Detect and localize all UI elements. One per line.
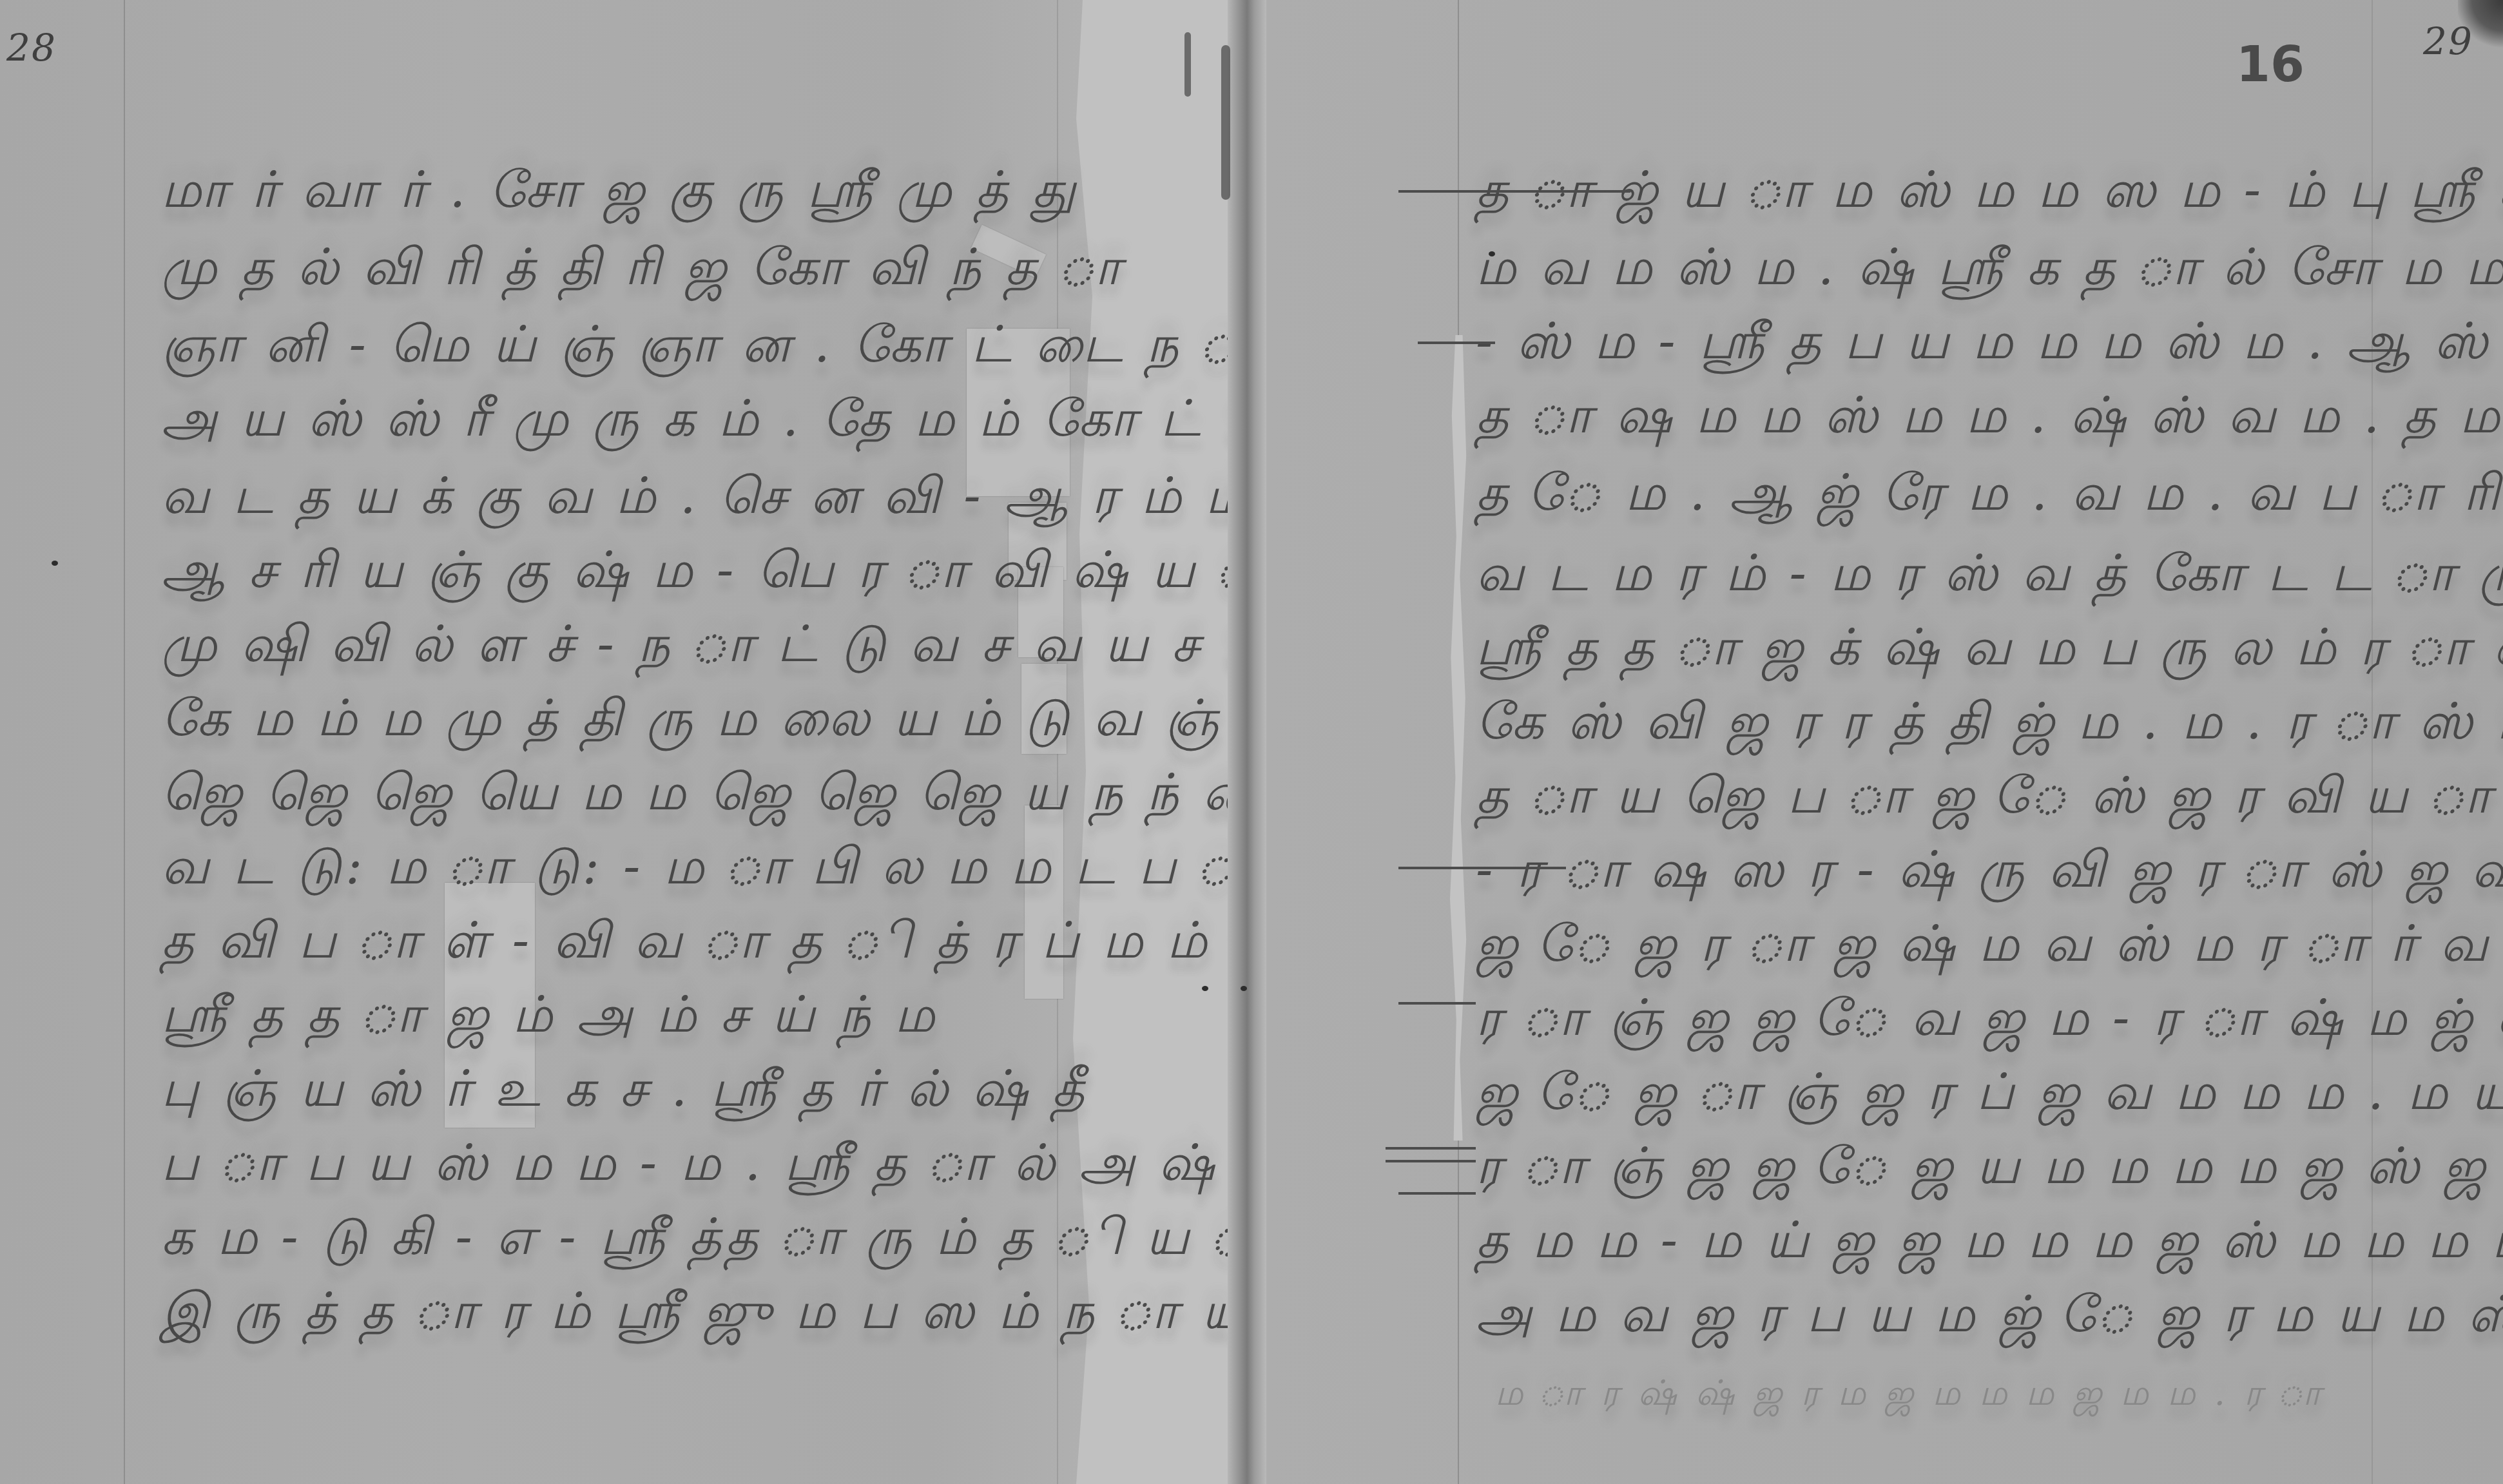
manuscript-line: த ா ய ஜெ ப ா ஜ ே ஸ் ஜ ர வி ய ா வெ ா த த் bbox=[1476, 767, 2503, 831]
margin-stroke bbox=[1398, 190, 1630, 193]
left-page-margin-rule bbox=[124, 0, 125, 1484]
gutter-tear bbox=[1221, 45, 1230, 200]
margin-stroke bbox=[1386, 1147, 1476, 1150]
binding-gutter bbox=[1228, 0, 1266, 1484]
manuscript-line: வ ட த ய க் கு வ ம் . செ ன வி - ஆ ர ம் ம் bbox=[161, 467, 1250, 532]
manuscript-line: இ ரு த் த ா ர ம் ஸ்ரீ ஜு ம ப ஸ ம் ந ா ய … bbox=[161, 1282, 1370, 1347]
page-number-right: 29 bbox=[2423, 19, 2473, 63]
manuscript-spread: 28 மா ர் வா ர் . சோ ஜ கு ரு ஸ்ரீ மு த் த… bbox=[0, 0, 2503, 1484]
manuscript-line: த ா ஜ் ய ா ம ஸ் ம ம ஸ ம - ம் பு ஸ்ரீ க த… bbox=[1476, 161, 2503, 226]
manuscript-line: ஜெ ஜெ ஜெ யெ ம ம ஜெ ஜெ ஜெ ய ந ந் கேை bbox=[161, 764, 1322, 828]
ink-speck bbox=[52, 561, 58, 566]
manuscript-line: - ர ா ஷ ஸ ர - ஷ் ரு வி ஜ ர ா ஸ் ஜ வ ம ய … bbox=[1476, 841, 2503, 905]
margin-stroke bbox=[1398, 1192, 1476, 1195]
manuscript-line: வ ட டு: ம ா டு: - ம ா பி ல ம ம ட ப ா வி bbox=[161, 838, 1344, 902]
manuscript-line: ஆ ச ரி ய ஞ் கு ஷ் ம - பெ ர ா வி ஷ் ய ா ர bbox=[161, 541, 1332, 606]
manuscript-line: ஜ ே ஜ ர ா ஜ ஷ் ம வ ஸ் ம ர ா ர் வ ம - த் … bbox=[1476, 915, 2503, 979]
ink-speck bbox=[1241, 986, 1247, 991]
ink-speck bbox=[1202, 986, 1208, 991]
manuscript-line: ஸ்ரீ த த ா ஜ க் ஷ் வ ம ப ரு ல ம் ர ா ஸ் … bbox=[1476, 619, 2503, 683]
ink-speck bbox=[1489, 251, 1495, 256]
manuscript-line: கே ம ம் ம மு த் தி ரு ம லை ய ம் டு வ ஞ் … bbox=[161, 689, 1302, 754]
manuscript-line: ம வ ம ஸ் ம . ஷ் ஸ்ரீ க த ா ல் சோ ம ம வ ம bbox=[1476, 238, 2503, 303]
manuscript-line: அ ம வ ஜ ர ப ய ம ஜ் ே ஜ ர ம ய ம ஸ் ம ம ம … bbox=[1476, 1286, 2503, 1350]
manuscript-line: த ா ஷ ம ம ஸ் ம ம . ஷ் ஸ் வ ம . த ம ஸ் ஜெ… bbox=[1476, 387, 2503, 451]
margin-stroke bbox=[1386, 1160, 1476, 1162]
margin-stroke bbox=[1398, 867, 1566, 869]
manuscript-line: ஸ்ரீ த த ா ஜ ம் அ ம் ச ய் ந் ம bbox=[161, 986, 939, 1050]
gutter-tear bbox=[1184, 32, 1191, 97]
page-number-left: 28 bbox=[6, 26, 57, 70]
manuscript-line: க ம - டு கி - எ - ஸ்ரீ த்த ா ரு ம் த ி ய… bbox=[161, 1208, 1352, 1273]
manuscript-line: ப ா ப ய ஸ் ம ம - ம . ஸ்ரீ த ா ல் அ ஷ் ம … bbox=[161, 1134, 1389, 1199]
margin-stroke bbox=[1418, 342, 1495, 344]
margin-stroke bbox=[1398, 1002, 1476, 1005]
manuscript-line: மு ஷி வி ல் ள ச் - ந ா ட் டு வ ச வ ய ச வ… bbox=[161, 615, 1356, 680]
folio-mark: 16 bbox=[2236, 35, 2305, 93]
manuscript-line: த ம ம - ம ய் ஜ ஜ ம ம ம ஜ ஸ் ம ம ம ம ர ா bbox=[1476, 1211, 2503, 1276]
manuscript-line: கே ஸ் வி ஜ ர ர த் தி ஜ் ம . ம . ர ா ஸ் ம… bbox=[1476, 693, 2503, 757]
manuscript-line: ர ா ஞ் ஜ ஜ ே வ ஜ ம - ர ா ஷ் ம ஜ் ஸ் வ ஜ … bbox=[1476, 989, 2503, 1054]
manuscript-line: பு ஞ் ய ஸ் ர் உ க ச . ஸ்ரீ த ர் ல் ஷ் தீ bbox=[161, 1060, 1088, 1124]
manuscript-line: ஜ ே ஜ ா ஞ் ஜ ர ப் ஜ வ ம ம ம . ம ய ம - ஜ்… bbox=[1476, 1063, 2503, 1128]
manuscript-line: த ே ம . ஆ ஜ் ரே ம . வ ம . வ ப ா ரி ம பு … bbox=[1476, 464, 2503, 528]
manuscript-line: வ ட ம ர ம் - ம ர ஸ் வ த் கோ ட ட ா ரு ம் bbox=[1476, 544, 2503, 609]
manuscript-line: மா ர் வா ர் . சோ ஜ கு ரு ஸ்ரீ மு த் து bbox=[161, 161, 1079, 226]
manuscript-footer-line: ம ா ர ஷ் ஷ் ஜ ர ம ஜ ம ம ம ஜ ம ம . ர ா bbox=[1495, 1373, 2325, 1418]
manuscript-line: ஞா னி - மெ ய் ஞ் ஞா ன . கோ ட் டை ந ா தி bbox=[161, 316, 1331, 380]
manuscript-line: ர ா ஞ் ஜ ஜ ே ஜ ய ம ம ம ம ஜ ஸ் ஜ ம ம ம ஜ்… bbox=[1476, 1137, 2503, 1202]
manuscript-line: - ஸ் ம - ஸ்ரீ த ப ய ம ம ம ஸ் ம . ஆ ஸ் ம … bbox=[1476, 313, 2503, 377]
manuscript-line: மு த ல் வி ரி த் தி ரி ஜ கோ வி ந் த ா bbox=[161, 238, 1125, 303]
